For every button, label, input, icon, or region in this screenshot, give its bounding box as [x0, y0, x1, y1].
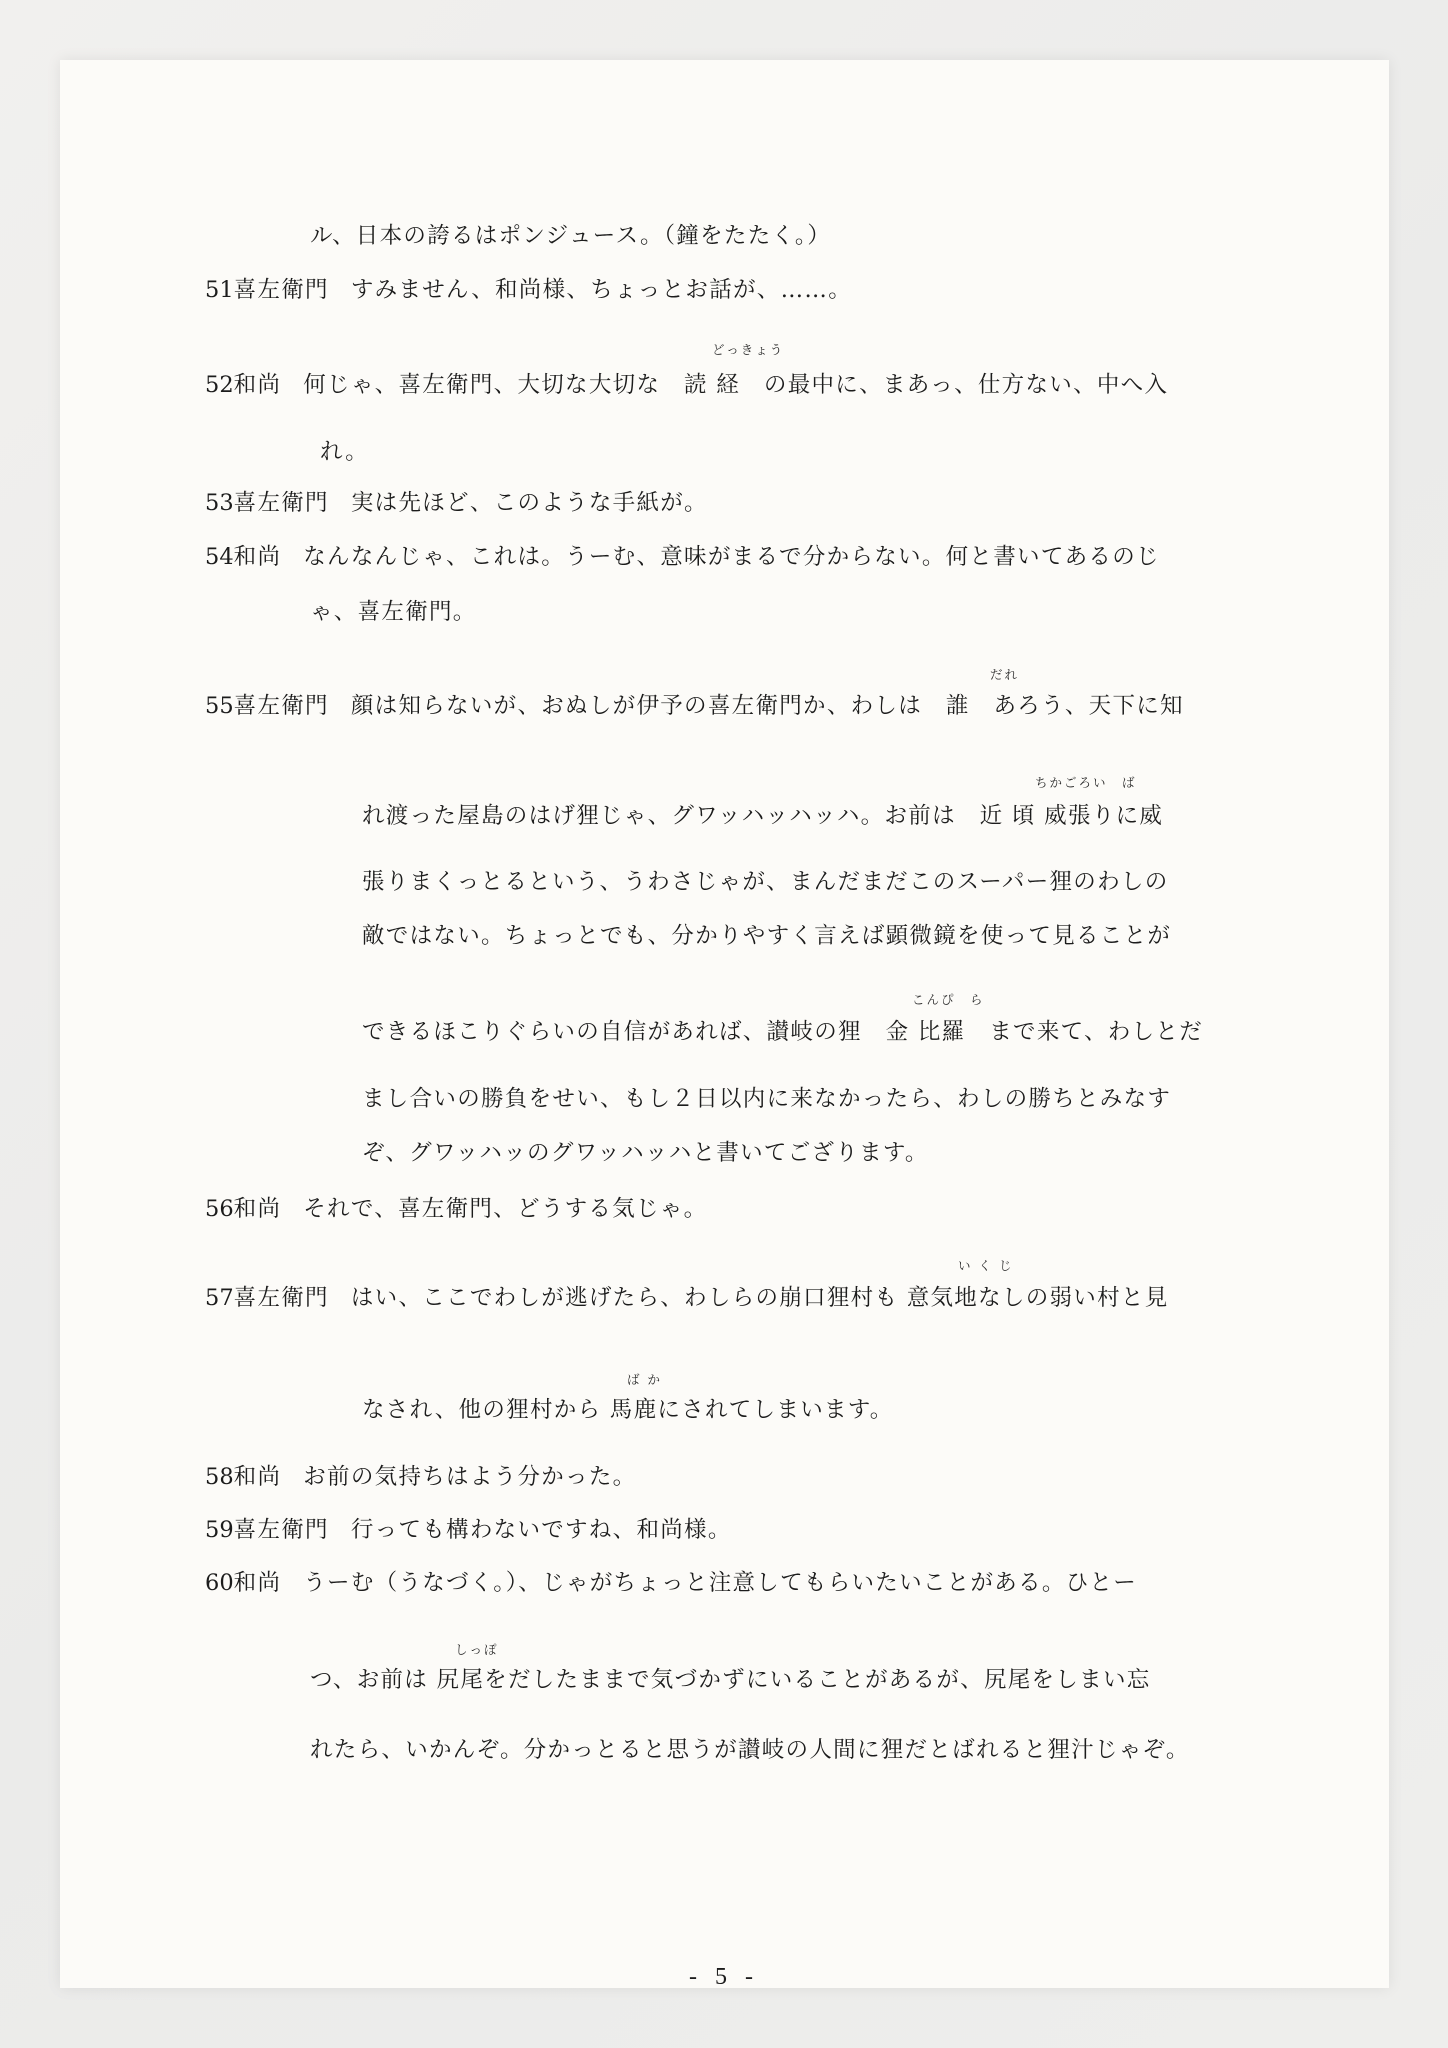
continuation-line: れたら、いかんぞ。分かっとると思うが讃岐の人間に狸だとばれると狸汁じゃぞ。	[310, 1735, 1190, 1765]
dialogue-text: 顔は知らないが、おぬしが伊予の喜左衛門か、わしは 誰 あろう、天下に知	[351, 693, 1184, 719]
dialogue-line-59: 59喜左衛門行っても構わないですね、和尚様。	[205, 1515, 732, 1545]
continuation-line: できるほこりぐらいの自信があれば、讃岐の狸 金 比羅 まで来て、わしとだ	[362, 1017, 1203, 1047]
dialogue-line-60: 60和尚うーむ（うなづく。）、じゃがちょっと注意してもらいたいことがある。ひとー	[205, 1568, 1137, 1598]
dialogue-text: れ。	[320, 439, 369, 465]
furigana: ば か	[627, 1372, 662, 1388]
dialogue-text: ゃ、喜左衛門。	[310, 599, 477, 625]
dialogue-text: それで、喜左衛門、どうする気じゃ。	[303, 1196, 707, 1222]
dialogue-text: できるほこりぐらいの自信があれば、讃岐の狸 金 比羅 まで来て、わしとだ	[362, 1019, 1203, 1045]
dialogue-text: 実は先ほど、このような手紙が。	[351, 490, 708, 516]
continuation-line: つ、お前は 尻尾をだしたままで気づかずにいることがあるが、尻尾をしまい忘	[310, 1665, 1151, 1695]
speaker-name: 和尚	[234, 1570, 282, 1596]
dialogue-text: うーむ（うなづく。）、じゃがちょっと注意してもらいたいことがある。ひとー	[303, 1570, 1137, 1596]
speaker-name: 喜左衛門	[234, 1517, 329, 1543]
dialogue-text: れたら、いかんぞ。分かっとると思うが讃岐の人間に狸だとばれると狸汁じゃぞ。	[310, 1737, 1190, 1763]
line-number: 53	[205, 490, 234, 516]
speaker-name: 和尚	[234, 544, 282, 570]
continuation-line: なされ、他の狸村から 馬鹿にされてしまいます。	[362, 1395, 894, 1425]
script-line: ル、日本の誇るはポンジュース。（鐘をたたく。）	[310, 221, 831, 251]
continuation-line: ぞ、グワッハッのグワッハッハと書いてござります。	[362, 1138, 929, 1168]
speaker-name: 喜左衛門	[234, 490, 329, 516]
speaker-name: 喜左衛門	[234, 693, 329, 719]
line-number: 51	[205, 277, 234, 303]
dialogue-text: なされ、他の狸村から 馬鹿にされてしまいます。	[362, 1397, 894, 1423]
dialogue-text: れ渡った屋島のはげ狸じゃ、グワッハッハッハ。お前は 近 頃 威張りに威	[362, 803, 1163, 829]
dialogue-text: 張りまくっとるという、うわさじゃが、まんだまだこのスーパー狸のわしの	[362, 869, 1169, 895]
line-number: 60	[205, 1570, 234, 1596]
dialogue-text: はい、ここでわしが逃げたら、わしらの崩口狸村も 意気地なしの弱い村と見	[351, 1285, 1169, 1311]
dialogue-text: なんなんじゃ、これは。うーむ、意味がまるで分からない。何と書いてあるのじ	[303, 544, 1160, 570]
furigana: どっきょう	[712, 342, 784, 358]
continuation-line: れ渡った屋島のはげ狸じゃ、グワッハッハッハ。お前は 近 頃 威張りに威	[362, 801, 1163, 831]
line-number: 58	[205, 1464, 234, 1490]
continuation-line: れ。	[320, 437, 369, 467]
dialogue-text: ぞ、グワッハッのグワッハッハと書いてござります。	[362, 1140, 929, 1166]
dialogue-text: つ、お前は 尻尾をだしたままで気づかずにいることがあるが、尻尾をしまい忘	[310, 1667, 1151, 1693]
dialogue-text: 行っても構わないですね、和尚様。	[351, 1517, 732, 1543]
line-number: 56	[205, 1196, 234, 1222]
speaker-name: 和尚	[234, 1196, 282, 1222]
speaker-name: 和尚	[234, 372, 282, 398]
dialogue-line-55: 55喜左衛門顔は知らないが、おぬしが伊予の喜左衛門か、わしは 誰 あろう、天下に…	[205, 691, 1184, 721]
dialogue-line-57: 57喜左衛門はい、ここでわしが逃げたら、わしらの崩口狸村も 意気地なしの弱い村と…	[205, 1283, 1169, 1313]
line-number: 54	[205, 544, 234, 570]
dialogue-line-51: 51喜左衛門すみません、和尚様、ちょっとお話が、……。	[205, 275, 852, 305]
dialogue-line-54: 54和尚なんなんじゃ、これは。うーむ、意味がまるで分からない。何と書いてあるのじ	[205, 542, 1160, 572]
speaker-name: 和尚	[234, 1464, 282, 1490]
furigana: ちかごろい ば	[1035, 775, 1137, 791]
continuation-line: まし合いの勝負をせい、もし２日以内に来なかったら、わしの勝ちとみなす	[362, 1084, 1171, 1114]
dialogue-text: お前の気持ちはよう分かった。	[303, 1464, 636, 1490]
continuation-line: 敵ではない。ちょっとでも、分かりやすく言えば顕微鏡を使って見ることが	[362, 921, 1171, 951]
continuation-line: 張りまくっとるという、うわさじゃが、まんだまだこのスーパー狸のわしの	[362, 867, 1169, 897]
furigana: い く じ	[958, 1258, 1013, 1274]
page-number: - 5 -	[0, 1964, 1448, 1991]
continuation-line: ゃ、喜左衛門。	[310, 597, 477, 627]
line-number: 57	[205, 1285, 234, 1311]
dialogue-line-52: 52和尚何じゃ、喜左衛門、大切な大切な 読 経 の最中に、まあっ、仕方ない、中へ…	[205, 370, 1168, 400]
dialogue-text: 敵ではない。ちょっとでも、分かりやすく言えば顕微鏡を使って見ることが	[362, 923, 1171, 949]
line-number: 55	[205, 693, 234, 719]
speaker-name: 喜左衛門	[234, 277, 329, 303]
furigana: しっぽ	[455, 1642, 499, 1658]
dialogue-text: 何じゃ、喜左衛門、大切な大切な 読 経 の最中に、まあっ、仕方ない、中へ入	[303, 372, 1168, 398]
dialogue-text: まし合いの勝負をせい、もし２日以内に来なかったら、わしの勝ちとみなす	[362, 1086, 1171, 1112]
furigana: こんぴ ら	[912, 992, 985, 1008]
speaker-name: 喜左衛門	[234, 1285, 329, 1311]
line-number: 59	[205, 1517, 234, 1543]
line-number: 52	[205, 372, 234, 398]
furigana: だれ	[990, 667, 1019, 683]
dialogue-line-56: 56和尚それで、喜左衛門、どうする気じゃ。	[205, 1194, 707, 1224]
dialogue-line-53: 53喜左衛門実は先ほど、このような手紙が。	[205, 488, 708, 518]
dialogue-line-58: 58和尚お前の気持ちはよう分かった。	[205, 1462, 636, 1492]
dialogue-text: すみません、和尚様、ちょっとお話が、……。	[351, 277, 852, 303]
